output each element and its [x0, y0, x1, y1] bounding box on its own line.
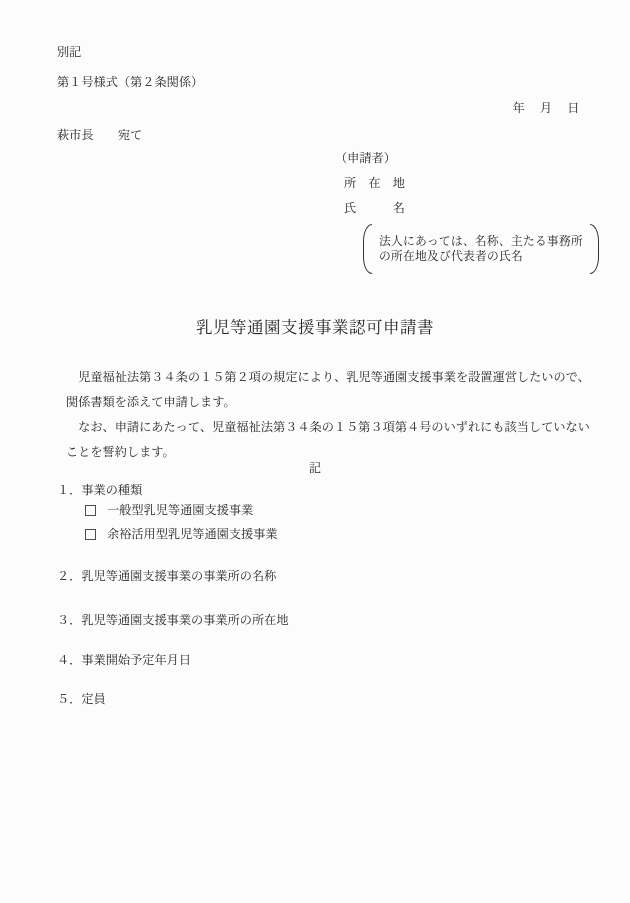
bekki-note: 別記 — [57, 46, 81, 58]
item-1-business-type: １．事業の種類 — [57, 484, 142, 496]
item-5-number: ５． — [57, 692, 81, 706]
paragraph1-line2: 関係書類を添えて申請します。 — [66, 396, 236, 408]
item-3-number: ３． — [57, 613, 81, 627]
item-1-number: １． — [57, 483, 81, 497]
item-4-label: 事業開始予定年月日 — [81, 653, 191, 667]
option-surplus-type-label: 余裕活用型乳児等通園支援事業 — [107, 528, 278, 540]
item-4-start-date: ４．事業開始予定年月日 — [57, 654, 191, 666]
item-3-office-location: ３．乳児等通園支援事業の事業所の所在地 — [57, 614, 289, 626]
left-bracket-icon — [363, 224, 372, 274]
applicant-name-label: 氏 名 — [344, 202, 405, 214]
corporate-note-text: 法人にあっては、名称、主たる事務所 の所在地及び代表者の氏名 — [372, 234, 590, 265]
item-2-label: 乳児等通園支援事業の事業所の名称 — [81, 569, 276, 583]
item-5-capacity: ５．定員 — [57, 693, 106, 705]
option-general-type-label: 一般型乳児等通園支援事業 — [107, 504, 253, 516]
form-number: 第１号様式（第２条関係） — [57, 76, 203, 88]
checkbox-icon[interactable] — [85, 505, 96, 516]
applicant-address-label: 所 在 地 — [344, 177, 405, 189]
item-1-label: 事業の種類 — [81, 483, 142, 497]
list-marker-ki: 記 — [0, 462, 630, 474]
right-bracket-icon — [590, 224, 599, 274]
option-general-type[interactable]: 一般型乳児等通園支援事業 — [85, 504, 253, 516]
item-5-label: 定員 — [81, 692, 105, 706]
application-form-page: 別記 第１号様式（第２条関係） 年 月 日 萩市長 宛て （申請者） 所 在 地… — [0, 0, 630, 903]
paragraph1-line1: 児童福祉法第３４条の１５第２項の規定により、乳児等通園支援事業を設置運営したいの… — [66, 371, 590, 383]
item-4-number: ４． — [57, 653, 81, 667]
document-title: 乳児等通園支援事業認可申請書 — [0, 320, 630, 337]
addressee: 萩市長 宛て — [57, 129, 142, 141]
item-2-number: ２． — [57, 569, 81, 583]
corporate-note-line2: の所在地及び代表者の氏名 — [379, 249, 523, 263]
option-surplus-type[interactable]: 余裕活用型乳児等通園支援事業 — [85, 528, 278, 540]
item-3-label: 乳児等通園支援事業の事業所の所在地 — [81, 613, 288, 627]
applicant-label: （申請者） — [335, 152, 396, 164]
item-2-office-name: ２．乳児等通園支援事業の事業所の名称 — [57, 570, 276, 582]
checkbox-icon[interactable] — [85, 529, 96, 540]
date-line: 年 月 日 — [513, 102, 581, 114]
corporate-note-line1: 法人にあっては、名称、主たる事務所 — [379, 234, 583, 248]
corporate-note: 法人にあっては、名称、主たる事務所 の所在地及び代表者の氏名 — [363, 224, 599, 274]
paragraph2-line1: なお、申請にあたって、児童福祉法第３４条の１５第３項第４号のいずれにも該当してい… — [66, 421, 590, 433]
paragraph2-line2: ことを誓約します。 — [66, 446, 175, 458]
